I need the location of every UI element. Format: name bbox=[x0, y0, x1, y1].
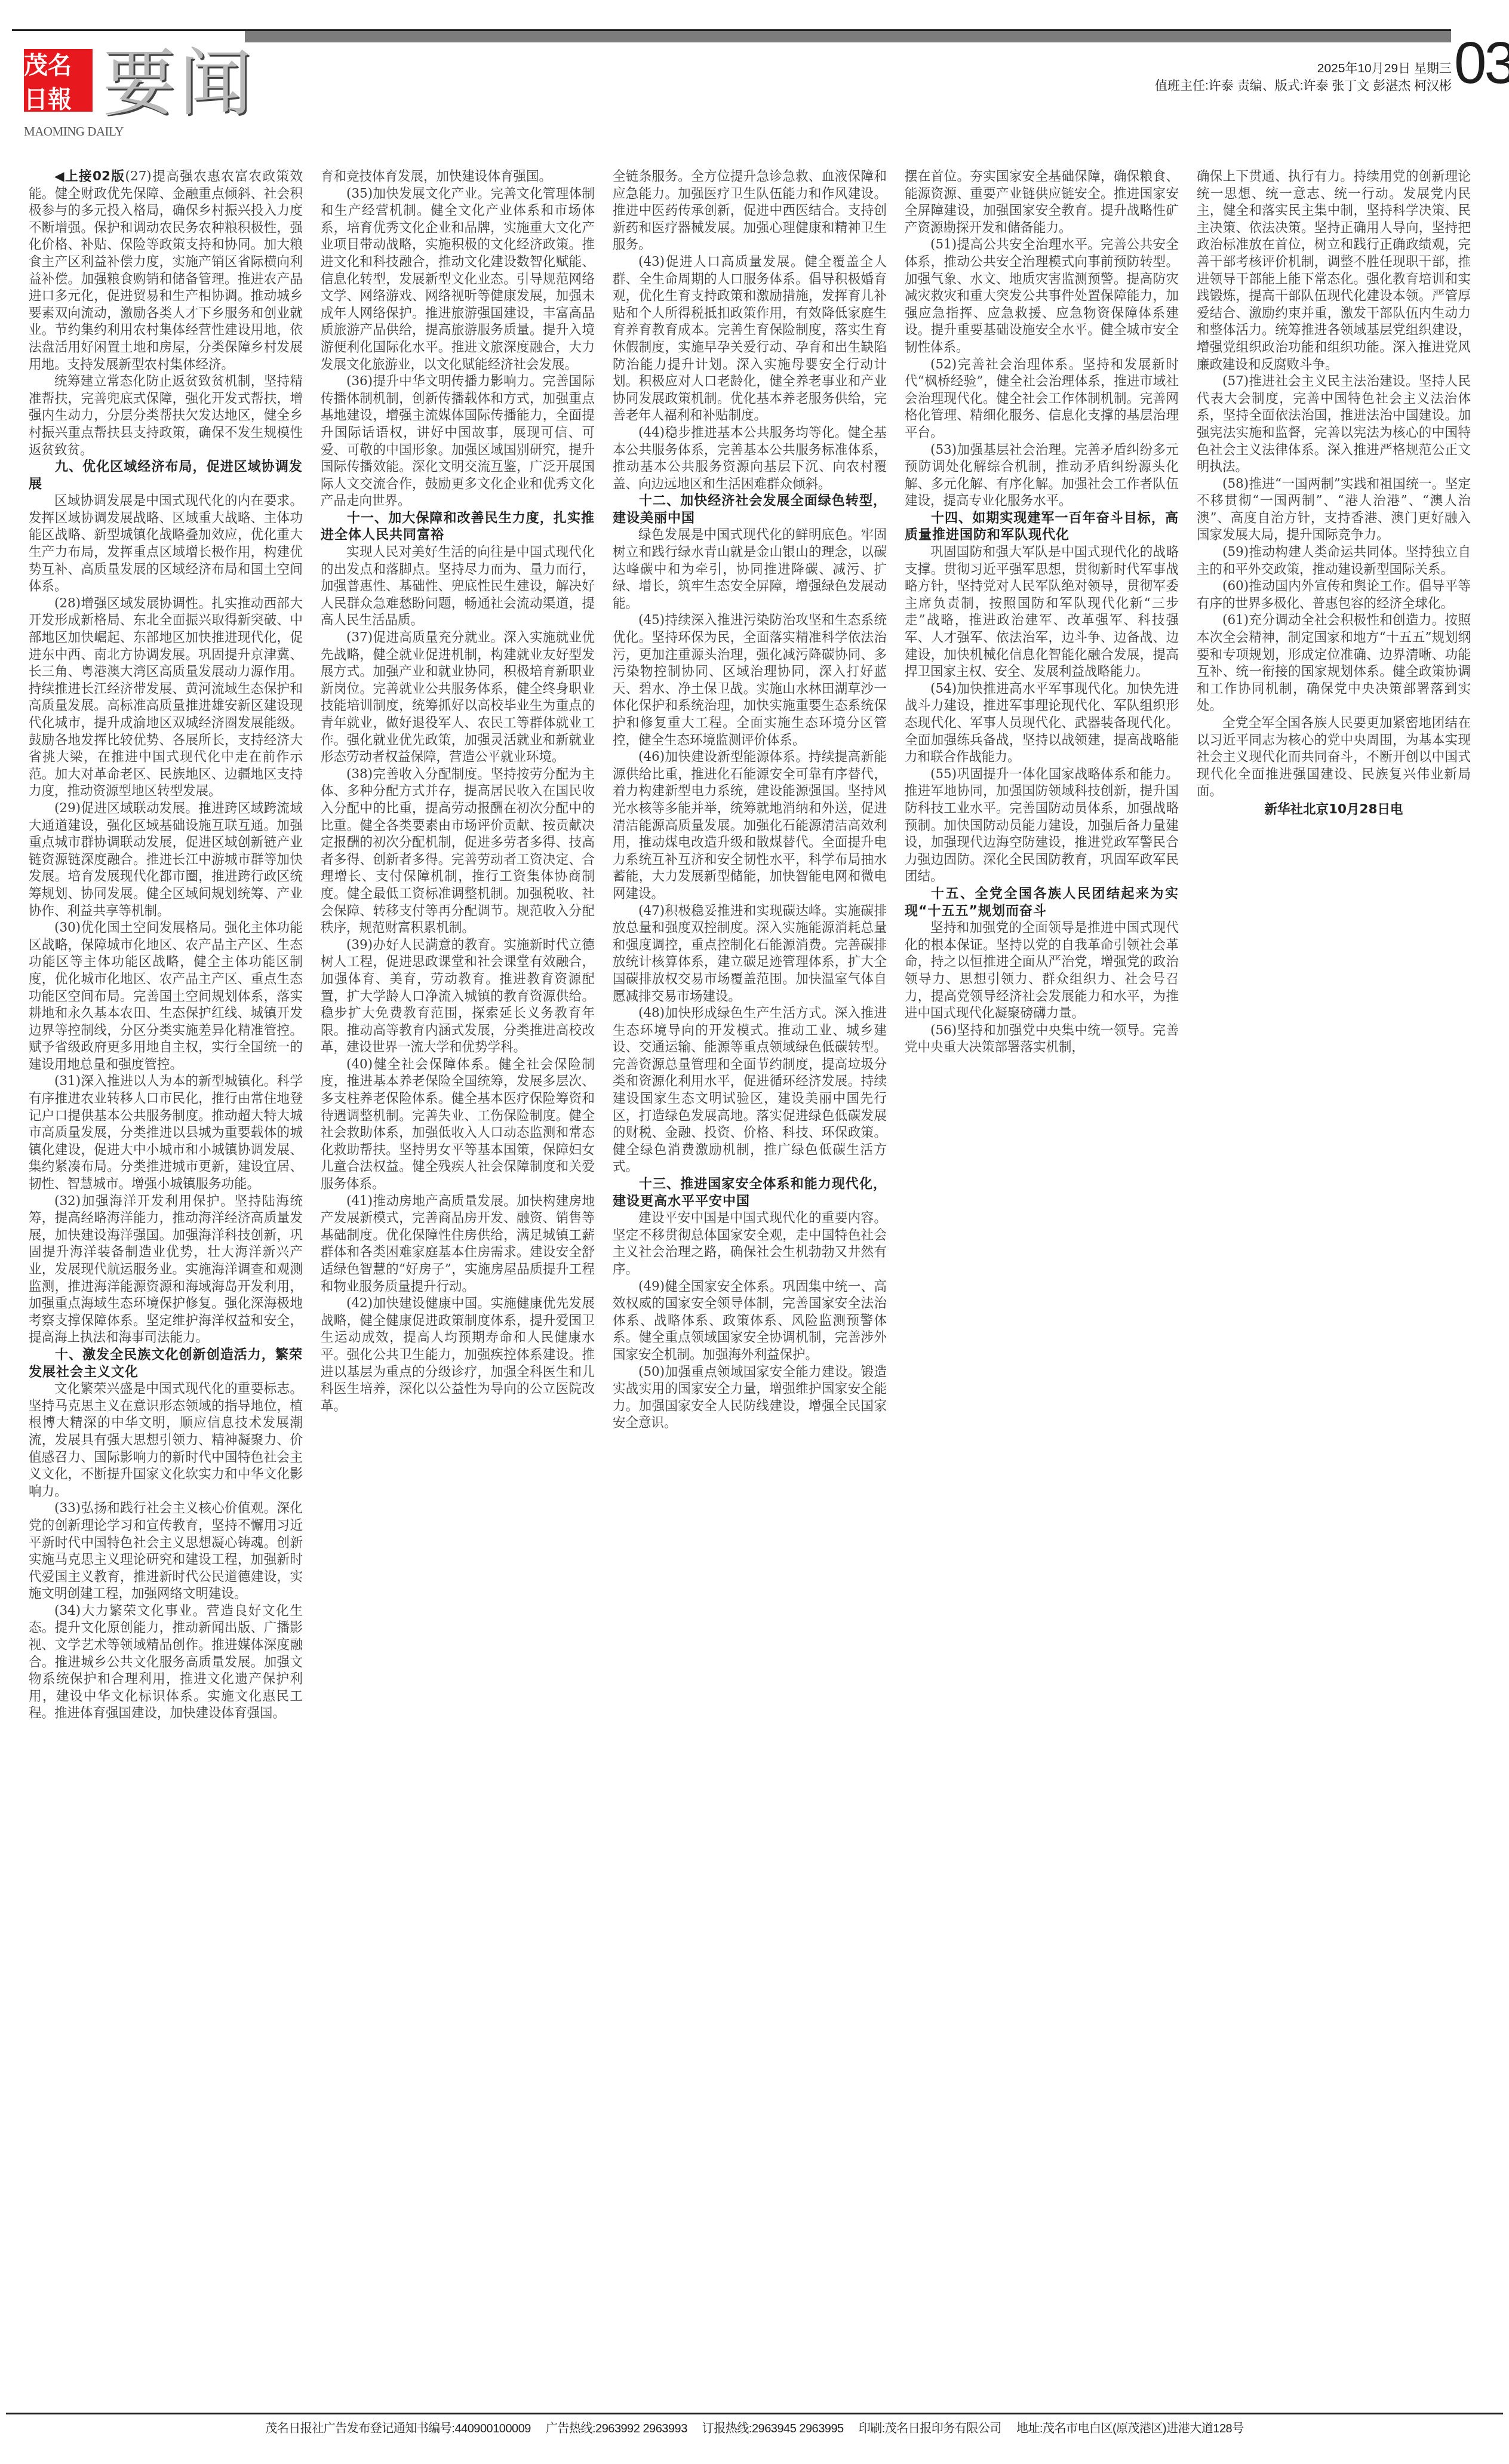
paragraph: (33)弘扬和践行社会主义核心价值观。深化党的创新理论学习和宣传教育，坚持不懈用… bbox=[29, 1500, 303, 1603]
ad-hotline: 广告热线:2963992 2963993 bbox=[546, 2422, 687, 2435]
paragraph: (57)推进社会主义民主法治建设。坚持人民代表大会制度，完善中国特色社会主义法治… bbox=[1197, 373, 1471, 476]
section-heading: 十五、全党全国各族人民团结起来为实现“十五五”规划而奋斗 bbox=[905, 886, 1179, 920]
paragraph: 全党全军全国各族人民要更加紧密地团结在以习近平同志为核心的党中央周围，为基本实现… bbox=[1197, 715, 1471, 800]
paragraph: (34)大力繁荣文化事业。营造良好文化生态。提升文化原创能力，推动新闻出版、广播… bbox=[29, 1603, 303, 1722]
paragraph: 统筹建立常态化防止返贫致贫机制，坚持精准帮扶，完善兜底式保障，强化开发式帮扶，增… bbox=[29, 373, 303, 459]
paragraph: 实现人民对美好生活的向往是中国式现代化的出发点和落脚点。坚持尽力而为、量力而行，… bbox=[321, 544, 595, 629]
paragraph: 文化繁荣兴盛是中国式现代化的重要标志。坚持马克思主义在意识形态领域的指导地位，植… bbox=[29, 1381, 303, 1500]
dateline: 新华社北京10月28日电 bbox=[1197, 801, 1471, 819]
paragraph: (37)促进高质量充分就业。深入实施就业优先战略，健全就业促进机制，构建就业友好… bbox=[321, 629, 595, 766]
header-band bbox=[245, 31, 1451, 42]
column-4: 摆在首位。夯实国家安全基础保障，确保粮食、能源资源、重要产业链供应链安全。推进国… bbox=[905, 168, 1197, 2402]
address: 地址:茂名市电白区(原茂港区)进港大道128号 bbox=[1016, 2422, 1244, 2435]
paragraph: (39)办好人民满意的教育。实施新时代立德树人工程，促进思政课堂和社会课堂有效融… bbox=[321, 937, 595, 1056]
paragraph: (60)推动国内外宣传和舆论工作。倡导平等有序的世界多极化、普惠包容的经济全球化… bbox=[1197, 578, 1471, 612]
paragraph-text: (27)提高强农惠农富农政策效能。健全财政优先保障、金融重点倾斜、社会积极参与的… bbox=[29, 169, 303, 372]
paragraph: 绿色发展是中国式现代化的鲜明底色。牢固树立和践行绿水青山就是金山银山的理念，以碳… bbox=[613, 527, 887, 612]
paragraph: 巩固国防和强大军队是中国式现代化的战略支撑。贯彻习近平强军思想，贯彻新时代军事战… bbox=[905, 544, 1179, 681]
section-heading: 十、激发全民族文化创新创造活力，繁荣发展社会主义文化 bbox=[29, 1347, 303, 1381]
paragraph: (30)优化国土空间发展格局。强化主体功能区战略，保障城市化地区、农产品主产区、… bbox=[29, 920, 303, 1073]
section-heading: 十一、加大保障和改善民生力度，扎实推进全体人民共同富裕 bbox=[321, 510, 595, 544]
paragraph: (52)完善社会治理体系。坚持和发展新时代“枫桥经验”，健全社会治理体系，推进市… bbox=[905, 357, 1179, 442]
paragraph: (31)深入推进以人为本的新型城镇化。科学有序推进农业转移人口市民化，推行由常住… bbox=[29, 1073, 303, 1193]
paragraph: (38)完善收入分配制度。坚持按劳分配为主体、多种分配方式并存，提高居民收入在国… bbox=[321, 766, 595, 937]
paragraph: (42)加快建设健康中国。实施健康优先发展战略，健全健康促进政策制度体系，提升爱… bbox=[321, 1295, 595, 1415]
paragraph: (44)稳步推进基本公共服务均等化。健全基本公共服务体系，完善基本公共服务标准体… bbox=[613, 425, 887, 493]
subscription-hotline: 订报热线:2963945 2963995 bbox=[702, 2422, 844, 2435]
masthead: 茂名日報 MAOMING DAILY 要闻 2025年10月29日 星期三 值班… bbox=[0, 0, 1509, 149]
paragraph: (58)推进“一国两制”实践和祖国统一。坚定不移贯彻“一国两制”、“港人治港”、… bbox=[1197, 476, 1471, 544]
editorial-staff: 值班主任:许泰 责编、版式:许泰 张丁文 彭湛杰 柯汉彬 bbox=[1155, 76, 1452, 94]
paragraph: (55)巩固提升一体化国家战略体系和能力。推进军地协同，加强国防领域科技创新，提… bbox=[905, 766, 1179, 886]
paragraph: 坚持和加强党的全面领导是推进中国式现代化的根本保证。坚持以党的自我革命引领社会革… bbox=[905, 920, 1179, 1022]
section-title: 要闻 bbox=[103, 47, 256, 119]
column-3: 全链条服务。全方位提升急诊急救、血液保障和应急能力。加强医疗卫生队伍能力和作风建… bbox=[613, 168, 905, 2402]
paragraph: (49)健全国家安全体系。巩固集中统一、高效权威的国家安全领导体制，完善国家安全… bbox=[613, 1279, 887, 1364]
paragraph: 区域协调发展是中国式现代化的内在要求。发挥区域协调发展战略、区域重大战略、主体功… bbox=[29, 493, 303, 595]
publisher-footer: 茂名日报社广告发布登记通知书编号:440900100009 广告热线:29639… bbox=[0, 2419, 1509, 2436]
paragraph: 建设平安中国是中国式现代化的重要内容。坚定不移贯彻总体国家安全观，走中国特色社会… bbox=[613, 1210, 887, 1278]
paragraph: (36)提升中华文明传播力影响力。完善国际传播体制机制，创新传播载体和方式，加强… bbox=[321, 373, 595, 510]
paragraph: 确保上下贯通、执行有力。持续用党的创新理论统一思想、统一意志、统一行动。发展党内… bbox=[1197, 168, 1471, 373]
paragraph: (45)持续深入推进污染防治攻坚和生态系统优化。坚持环保为民，全面落实精准科学依… bbox=[613, 612, 887, 749]
paragraph: (41)推动房地产高质量发展。加快构建房地产发展新模式，完善商品房开发、融资、销… bbox=[321, 1193, 595, 1296]
section-heading: 十二、加快经济社会发展全面绿色转型，建设美丽中国 bbox=[613, 493, 887, 527]
paragraph: (51)提高公共安全治理水平。完善公共安全体系，推动公共安全治理模式向事前预防转… bbox=[905, 236, 1179, 356]
issue-date: 2025年10月29日 星期三 bbox=[1317, 59, 1452, 76]
printer: 印刷:茂名日报印务有限公司 bbox=[859, 2422, 1001, 2435]
paragraph: (54)加快推进高水平军事现代化。加快先进战斗力建设，推进军事理论现代化、军队组… bbox=[905, 681, 1179, 766]
article-body: ◀上接02版(27)提高强农惠农富农政策效能。健全财政优先保障、金融重点倾斜、社… bbox=[29, 168, 1489, 2402]
paragraph: (56)坚持和加强党中央集中统一领导。完善党中央重大决策部署落实机制， bbox=[905, 1022, 1179, 1056]
paragraph: (43)促进人口高质量发展。健全覆盖全人群、全生命周期的人口服务体系。倡导积极婚… bbox=[613, 254, 887, 425]
paragraph: 育和竞技体育发展，加快建设体育强国。 bbox=[321, 168, 595, 186]
section-heading: 十三、推进国家安全体系和能力现代化，建设更高水平平安中国 bbox=[613, 1176, 887, 1210]
paragraph: (46)加快建设新型能源体系。持续提高新能源供给比重，推进化石能源安全可靠有序替… bbox=[613, 749, 887, 902]
logo-text: 茂名日報 bbox=[24, 47, 93, 115]
ad-license: 茂名日报社广告发布登记通知书编号:440900100009 bbox=[265, 2422, 531, 2435]
paragraph: (28)增强区域发展协调性。扎实推动西部大开发形成新格局、东北全面振兴取得新突破… bbox=[29, 595, 303, 800]
section-heading: 十四、如期实现建军一百年奋斗目标，高质量推进国防和军队现代化 bbox=[905, 510, 1179, 544]
paragraph: 摆在首位。夯实国家安全基础保障，确保粮食、能源资源、重要产业链供应链安全。推进国… bbox=[905, 168, 1179, 236]
paragraph: 全链条服务。全方位提升急诊急救、血液保障和应急能力。加强医疗卫生队伍能力和作风建… bbox=[613, 168, 887, 254]
newspaper-logo: 茂名日報 bbox=[24, 49, 93, 112]
paragraph: (35)加快发展文化产业。完善文化管理体制和生产经营机制。健全文化产业体系和市场… bbox=[321, 186, 595, 374]
section-heading: 九、优化区域经济布局，促进区域协调发展 bbox=[29, 459, 303, 493]
paragraph: (59)推动构建人类命运共同体。坚持独立自主的和平外交政策，推动建设新型国际关系… bbox=[1197, 544, 1471, 578]
paragraph: ◀上接02版(27)提高强农惠农富农政策效能。健全财政优先保障、金融重点倾斜、社… bbox=[29, 168, 303, 373]
paragraph: (48)加快形成绿色生产生活方式。深入推进生态环境导向的开发模式。推动工业、城乡… bbox=[613, 1005, 887, 1176]
bottom-rule bbox=[6, 2413, 1503, 2414]
page-number: 03 bbox=[1454, 33, 1509, 92]
paragraph: (32)加强海洋开发利用保护。坚持陆海统筹，提高经略海洋能力，推动海洋经济高质量… bbox=[29, 1193, 303, 1347]
paragraph: (50)加强重点领域国家安全能力建设。锻造实战实用的国家安全力量，增强维护国家安… bbox=[613, 1364, 887, 1432]
logo-english: MAOMING DAILY bbox=[24, 124, 124, 139]
column-5: 确保上下贯通、执行有力。持续用党的创新理论统一思想、统一意志、统一行动。发展党内… bbox=[1197, 168, 1489, 2402]
paragraph: (61)充分调动全社会积极性和创造力。按照本次全会精神，制定国家和地方“十五五”… bbox=[1197, 612, 1471, 715]
paragraph: (53)加强基层社会治理。完善矛盾纠纷多元预防调处化解综合机制，推动矛盾纠纷源头… bbox=[905, 442, 1179, 510]
paragraph: (40)健全社会保障体系。健全社会保险制度，推进基本养老保险全国统筹，发展多层次… bbox=[321, 1056, 595, 1193]
column-1: ◀上接02版(27)提高强农惠农富农政策效能。健全财政优先保障、金融重点倾斜、社… bbox=[29, 168, 321, 2402]
continuation-marker: ◀上接02版 bbox=[54, 169, 125, 184]
paragraph: (47)积极稳妥推进和实现碳达峰。实施碳排放总量和强度双控制度。深入实施能源消耗… bbox=[613, 903, 887, 1006]
column-2: 育和竞技体育发展，加快建设体育强国。(35)加快发展文化产业。完善文化管理体制和… bbox=[321, 168, 613, 2402]
paragraph: (29)促进区域联动发展。推进跨区域跨流域大通道建设，强化区域基础设施互联互通。… bbox=[29, 800, 303, 920]
